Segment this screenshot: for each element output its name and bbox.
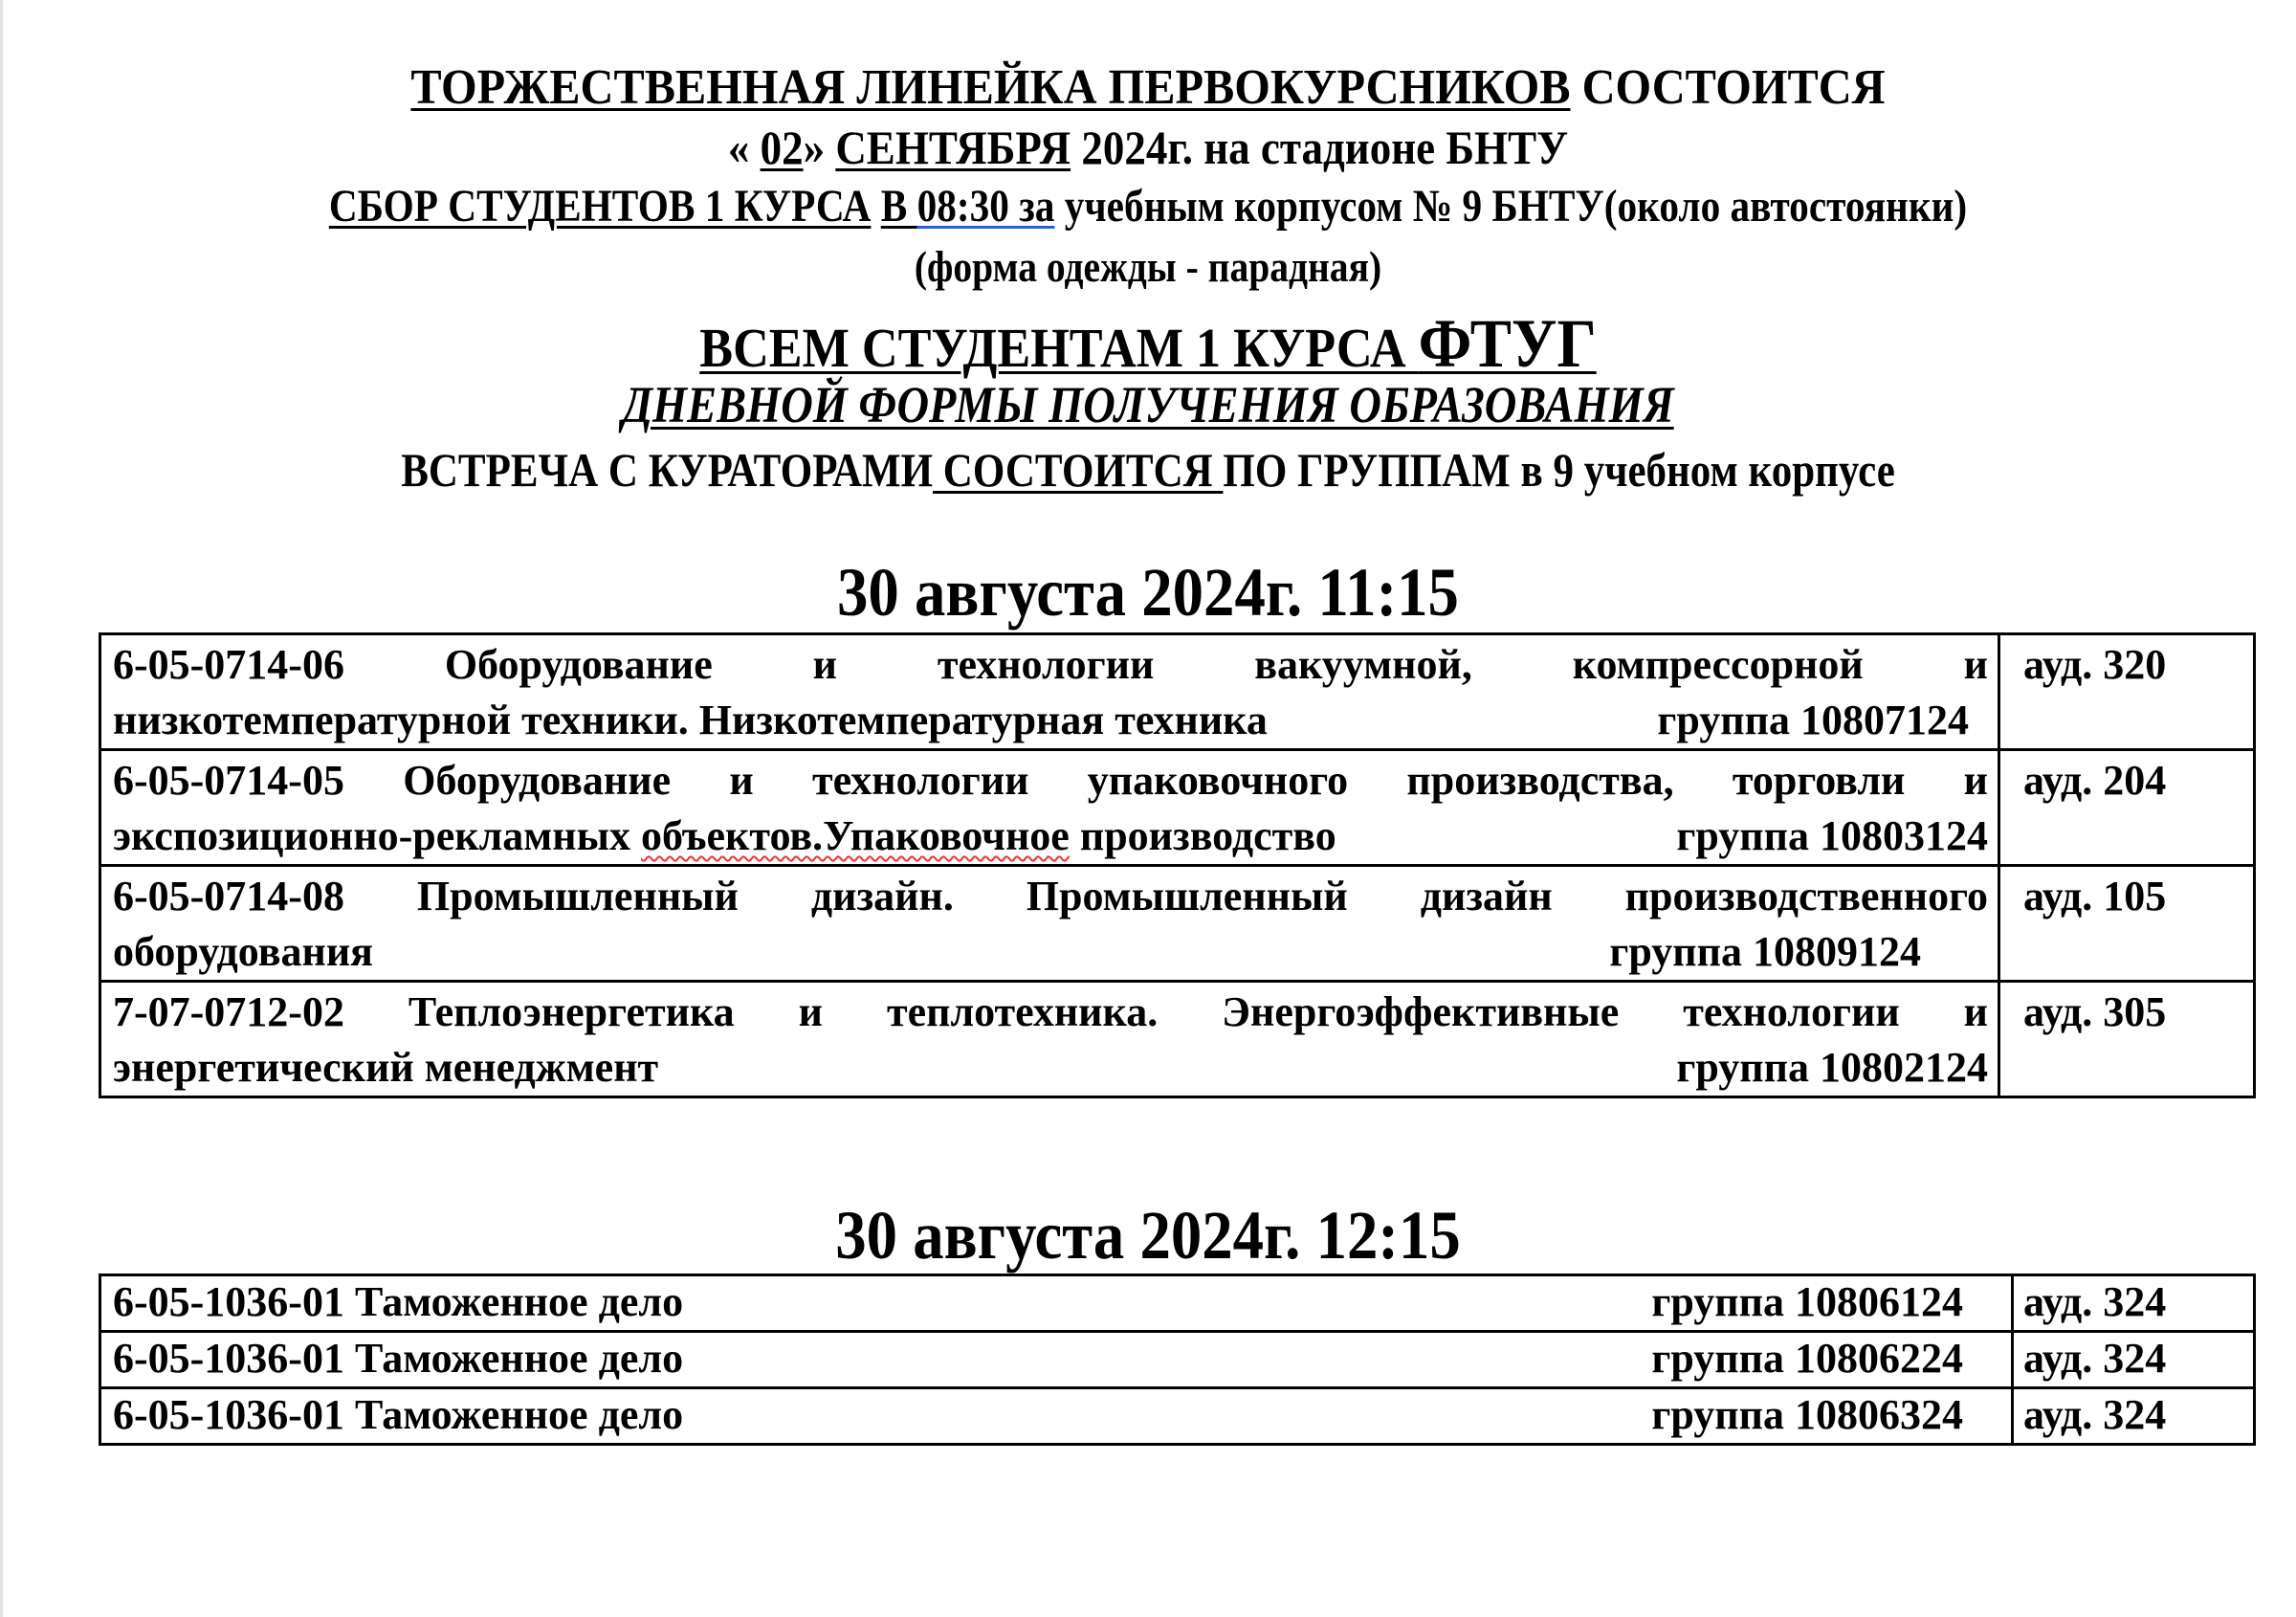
header-line-date: « 02» СЕНТЯБРЯ 2024г. на стадионе БНТУ (115, 120, 2181, 175)
header-line-faculty: ВСЕМ СТУДЕНТАМ 1 КУРСА ФТУГ (115, 304, 2181, 384)
table-row: 6-05-1036-01 Таможенное делогруппа 10806… (100, 1388, 2255, 1445)
group-number: группа 10803124 (1676, 808, 1988, 864)
header-line-dress-code: (форма одежды - парадная) (161, 241, 2135, 292)
header-line-gathering: СБОР СТУДЕНТОВ 1 КУРСА В 08:30 за учебны… (161, 180, 2135, 233)
program-cell: 6-05-0714-06 Оборудование и технологии в… (100, 634, 1999, 750)
room-cell: ауд. 324 (2013, 1275, 2255, 1332)
program-cell: 6-05-1036-01 Таможенное делогруппа 10806… (100, 1388, 2013, 1445)
group-number: группа 10809124 (1609, 924, 1921, 980)
header-line-ceremony: ТОРЖЕСТВЕННАЯ ЛИНЕЙКА ПЕРВОКУРСНИКОВ СОС… (80, 59, 2216, 116)
page-edge (0, 0, 3, 1617)
room-cell: ауд. 204 (1999, 750, 2255, 866)
program-cell: 6-05-0714-05 Оборудование и технологии у… (100, 750, 1999, 866)
table-row: 6-05-0714-06 Оборудование и технологии в… (100, 634, 2255, 750)
schedule-table-2: 6-05-1036-01 Таможенное делогруппа 10806… (99, 1274, 2256, 1446)
group-number: группа 10807124 (1657, 693, 1969, 748)
table-row: 7-07-0712-02 Теплоэнергетика и теплотехн… (100, 982, 2255, 1097)
program-cell: 6-05-1036-01 Таможенное делогруппа 10806… (100, 1275, 2013, 1332)
header-line-study-form: ДНЕВНОЙ ФОРМЫ ПОЛУЧЕНИЯ ОБРАЗОВАНИЯ (161, 375, 2135, 434)
room-cell: ауд. 320 (1999, 634, 2255, 750)
program-cell: 6-05-0714-08 Промышленный дизайн. Промыш… (100, 866, 1999, 982)
schedule-table-1: 6-05-0714-06 Оборудование и технологии в… (99, 632, 2256, 1098)
gathering-time: 08:30 за (917, 181, 1055, 232)
group-number: группа 10802124 (1676, 1040, 1988, 1096)
room-cell: ауд. 324 (2013, 1388, 2255, 1445)
ceremony-title: ТОРЖЕСТВЕННАЯ ЛИНЕЙКА ПЕРВОКУРСНИКОВ (410, 60, 1570, 115)
program-cell: 6-05-1036-01 Таможенное делогруппа 10806… (100, 1332, 2013, 1388)
ceremony-month: СЕНТЯБРЯ (835, 121, 1071, 174)
ceremony-day: 02 (761, 121, 804, 174)
table-row: 6-05-1036-01 Таможенное делогруппа 10806… (100, 1275, 2255, 1332)
group-number: группа 10806124 (1651, 1276, 1963, 1328)
table-row: 6-05-0714-05 Оборудование и технологии у… (100, 750, 2255, 866)
session-date-2: 30 августа 2024г. 12:15 (115, 1196, 2181, 1275)
table-row: 6-05-0714-08 Промышленный дизайн. Промыш… (100, 866, 2255, 982)
header-line-curators: ВСТРЕЧА С КУРАТОРАМИ СОСТОИТСЯ ПО ГРУППА… (161, 442, 2135, 498)
group-number: группа 10806224 (1651, 1333, 1963, 1384)
group-number: группа 10806324 (1651, 1389, 1963, 1441)
session-date-1: 30 августа 2024г. 11:15 (115, 553, 2181, 632)
faculty-name: ФТУГ (1419, 305, 1597, 382)
table-row: 6-05-1036-01 Таможенное делогруппа 10806… (100, 1332, 2255, 1388)
room-cell: ауд. 305 (1999, 982, 2255, 1097)
spellcheck-underline: объектов.Упаковочное (641, 812, 1070, 859)
program-cell: 7-07-0712-02 Теплоэнергетика и теплотехн… (100, 982, 1999, 1097)
room-cell: ауд. 324 (2013, 1332, 2255, 1388)
room-cell: ауд. 105 (1999, 866, 2255, 982)
